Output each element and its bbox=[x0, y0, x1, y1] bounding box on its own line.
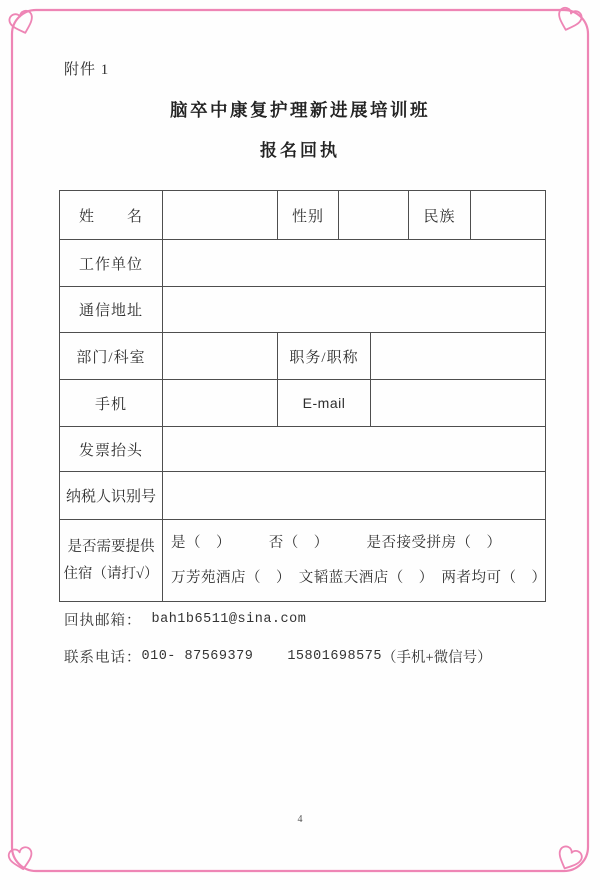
table-row-tax-id: 纳税人识别号 bbox=[60, 471, 545, 519]
email-field-cell bbox=[370, 380, 545, 426]
work-unit-label: 工作单位 bbox=[60, 240, 162, 286]
lodging-options: 是（ ） 否（ ） 是否接受拼房（ ） 万芳苑酒店（ ） 文韬蓝天酒店（ ） 两… bbox=[162, 520, 547, 601]
tax-id-field-cell bbox=[162, 472, 545, 519]
work-unit-field-cell bbox=[162, 240, 545, 286]
name-label: 姓 名 bbox=[60, 191, 162, 239]
position-label: 职务/职称 bbox=[277, 333, 370, 379]
table-row-lodging: 是否需要提供 住宿（请打√） 是（ ） 否（ ） 是否接受拼房（ ） 万芳苑酒店… bbox=[60, 519, 545, 601]
heart-icon bbox=[554, 845, 583, 874]
gender-field-cell bbox=[338, 191, 408, 239]
reply-email-line: 回执邮箱： bah1b6511@sina.com bbox=[64, 601, 492, 638]
ethnicity-field-cell bbox=[470, 191, 545, 239]
mobile-number: 15801698575 bbox=[287, 649, 382, 664]
reply-email-address: bah1b6511@sina.com bbox=[152, 612, 307, 627]
department-label: 部门/科室 bbox=[60, 333, 162, 379]
gender-label: 性别 bbox=[277, 191, 338, 239]
registration-table: 姓 名 性别 民族 工作单位 通信地址 部门/科室 职务/职称 手机 E-mai… bbox=[59, 190, 546, 602]
position-field-cell bbox=[370, 333, 545, 379]
mobile-label: 手机 bbox=[60, 380, 162, 426]
table-row-name: 姓 名 性别 民族 bbox=[60, 191, 545, 239]
document-subtitle: 报名回执 bbox=[0, 136, 600, 161]
table-row-department: 部门/科室 职务/职称 bbox=[60, 332, 545, 379]
heart-icon bbox=[555, 6, 583, 33]
name-field-cell bbox=[162, 191, 277, 239]
table-row-invoice: 发票抬头 bbox=[60, 426, 545, 471]
heart-icon bbox=[8, 846, 35, 871]
lodging-label: 是否需要提供 住宿（请打√） bbox=[60, 520, 162, 601]
document-title: 脑卒中康复护理新进展培训班 bbox=[0, 97, 600, 122]
lodging-options-line1: 是（ ） 否（ ） 是否接受拼房（ ） bbox=[171, 526, 502, 561]
lodging-label-line2: 住宿（请打√） bbox=[64, 561, 159, 588]
scanned-document-page: 附件 1 脑卒中康复护理新进展培训班 报名回执 姓 名 性别 民族 工作单位 通… bbox=[0, 0, 600, 890]
invoice-title-label: 发票抬头 bbox=[60, 427, 162, 471]
lodging-label-line1: 是否需要提供 bbox=[68, 534, 155, 561]
ethnicity-label: 民族 bbox=[408, 191, 470, 239]
department-field-cell bbox=[162, 333, 277, 379]
address-label: 通信地址 bbox=[60, 287, 162, 332]
contact-phone-line: 联系电话： 010- 87569379 15801698575 （手机+微信号） bbox=[64, 638, 492, 675]
mobile-field-cell bbox=[162, 380, 277, 426]
page-number: 4 bbox=[0, 814, 600, 825]
invoice-title-field-cell bbox=[162, 427, 545, 471]
email-label: E-mail bbox=[277, 380, 370, 426]
table-row-address: 通信地址 bbox=[60, 286, 545, 332]
landline-number: 010- 87569379 bbox=[142, 649, 254, 664]
table-row-contact: 手机 E-mail bbox=[60, 379, 545, 426]
mobile-note: （手机+微信号） bbox=[382, 646, 492, 667]
tax-id-label: 纳税人识别号 bbox=[60, 472, 162, 519]
heart-icon bbox=[8, 9, 36, 36]
table-row-work-unit: 工作单位 bbox=[60, 239, 545, 286]
contact-phone-label: 联系电话： bbox=[64, 646, 142, 667]
address-field-cell bbox=[162, 287, 545, 332]
attachment-label: 附件 1 bbox=[64, 58, 109, 79]
footer-contact-info: 回执邮箱： bah1b6511@sina.com 联系电话： 010- 8756… bbox=[64, 601, 492, 675]
reply-email-label: 回执邮箱： bbox=[64, 609, 142, 630]
lodging-options-line2: 万芳苑酒店（ ） 文韬蓝天酒店（ ） 两者均可（ ） bbox=[171, 561, 547, 596]
